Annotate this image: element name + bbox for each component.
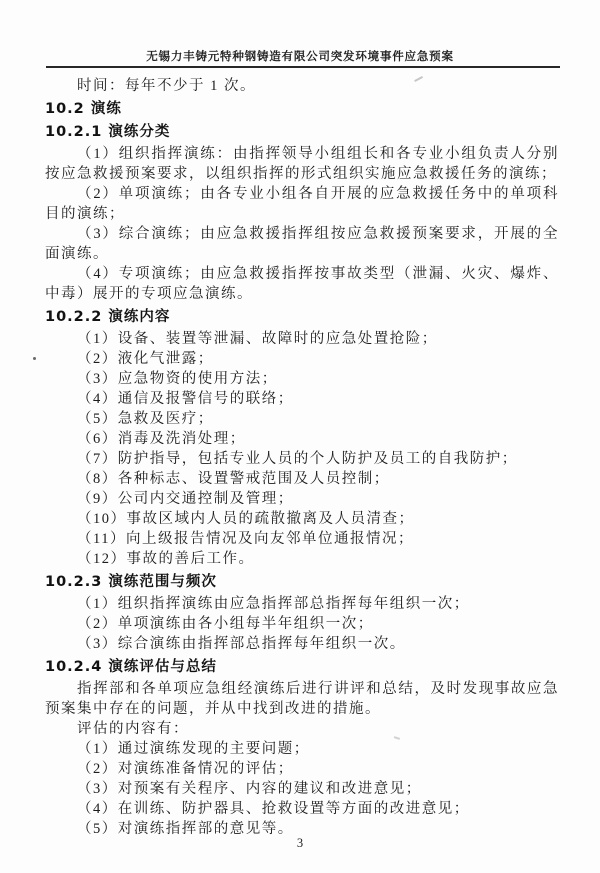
paragraph: （12）事故的善后工作。	[45, 549, 559, 569]
paragraph: （4）专项演练；由应急救援指挥按事故类型（泄漏、火灾、爆炸、中毒）展开的专项应急…	[45, 264, 559, 304]
paragraph: （2）液化气泄露；	[45, 349, 559, 369]
paragraph: （1）组织指挥演练：由指挥领导小组组长和各专业小组负责人分别按应急救援预案要求，…	[45, 144, 559, 184]
document-content: 时间：每年不少于 1 次。10.2 演练10.2.1 演练分类（1）组织指挥演练…	[45, 76, 559, 839]
paragraph: （4）通信及报警信号的联络；	[45, 389, 559, 409]
paragraph: （3）对预案有关程序、内容的建议和改进意见；	[45, 779, 559, 799]
paragraph: （3）综合演练由指挥部总指挥每年组织一次。	[45, 634, 559, 654]
paragraph: （4）在训练、防护器具、抢救设置等方面的改进意见；	[45, 799, 559, 819]
document-page: 无锡力丰铸元特种钢铸造有限公司突发环境事件应急预案 时间：每年不少于 1 次。1…	[0, 0, 600, 873]
paragraph: （11）向上级报告情况及向友邻单位通报情况；	[45, 529, 559, 549]
paragraph: （1）设备、装置等泄漏、故障时的应急处置抢险；	[45, 329, 559, 349]
paragraph: （8）各种标志、设置警戒范围及人员控制；	[45, 469, 559, 489]
paragraph: 时间：每年不少于 1 次。	[45, 76, 559, 96]
paragraph: （2）单项演练由各小组每半年组织一次；	[45, 614, 559, 634]
paragraph: （7）防护指导，包括专业人员的个人防护及员工的自我防护；	[45, 449, 559, 469]
section-heading: 10.2.1 演练分类	[45, 122, 559, 142]
paragraph: （2）单项演练；由各专业小组各自开展的应急救援任务中的单项科目的演练；	[45, 184, 559, 224]
header-title: 无锡力丰铸元特种钢铸造有限公司突发环境事件应急预案	[0, 48, 600, 64]
paragraph: （6）消毒及洗消处理；	[45, 429, 559, 449]
section-heading: 10.2 演练	[45, 99, 559, 119]
header-divider	[46, 66, 560, 68]
section-heading: 10.2.4 演练评估与总结	[45, 657, 559, 677]
paragraph: （3）综合演练；由应急救援指挥组按应急救援预案要求，开展的全面演练。	[45, 224, 559, 264]
paragraph: 指挥部和各单项应急组经演练后进行讲评和总结，及时发现事故应急预案集中存在的问题，…	[45, 679, 559, 719]
section-heading: 10.2.3 演练范围与频次	[45, 572, 559, 592]
paragraph: （1）组织指挥演练由应急指挥部总指挥每年组织一次；	[45, 594, 559, 614]
paragraph: 评估的内容有：	[45, 719, 559, 739]
paragraph: （1）通过演练发现的主要问题；	[45, 739, 559, 759]
paragraph: （9）公司内交通控制及管理；	[45, 489, 559, 509]
paragraph: （2）对演练准备情况的评估；	[45, 759, 559, 779]
paragraph: （3）应急物资的使用方法；	[45, 369, 559, 389]
section-heading: 10.2.2 演练内容	[45, 307, 559, 327]
page-footer: 3	[0, 834, 600, 852]
scan-speck-dot	[33, 357, 36, 360]
paragraph: （10）事故区域内人员的疏散撤离及人员清查；	[45, 509, 559, 529]
paragraph: （5）急救及医疗；	[45, 409, 559, 429]
page-number: 3	[297, 836, 303, 850]
